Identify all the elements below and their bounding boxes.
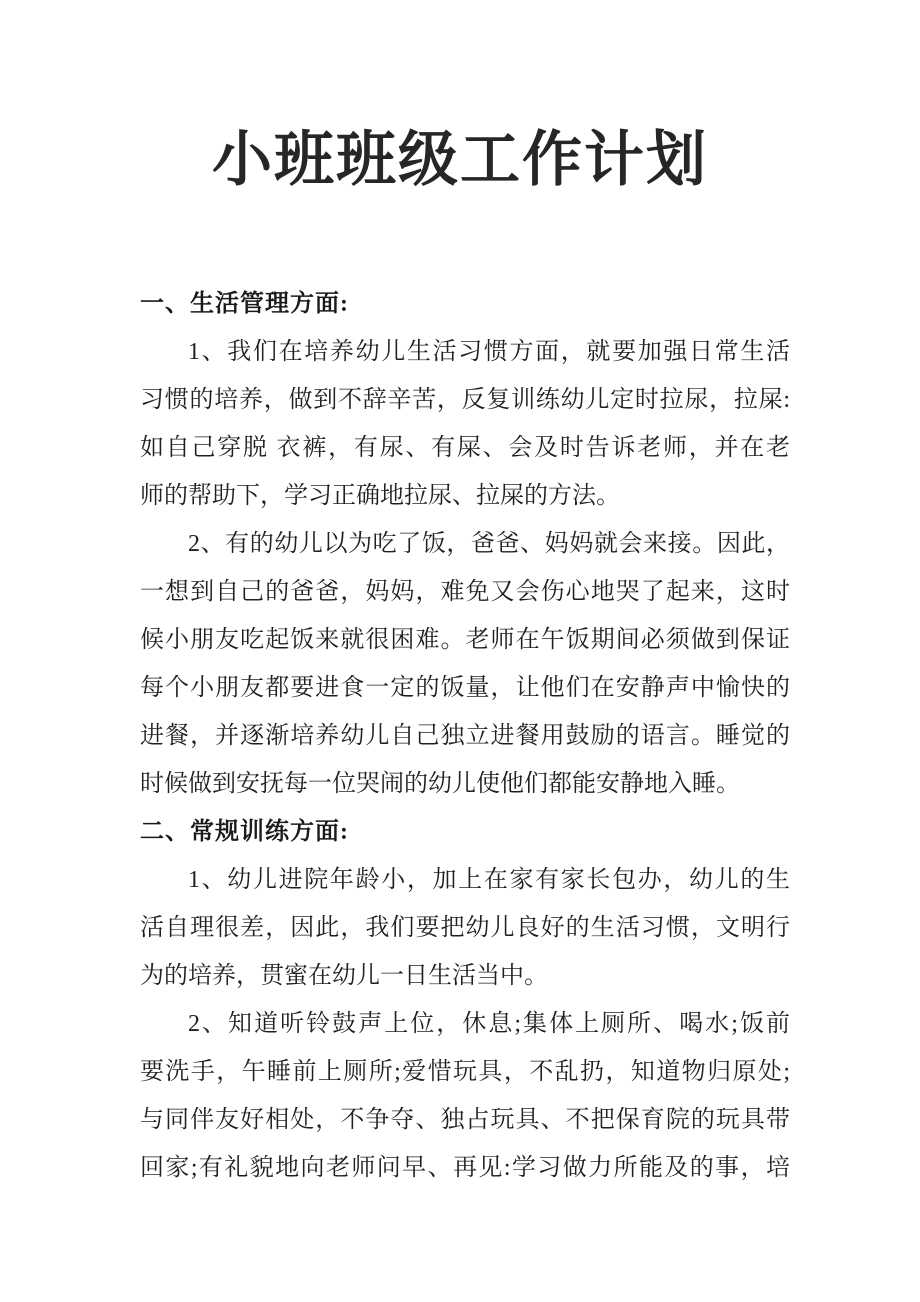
text-line: 与同伴友好相处，不争夺、独占玩具、不把保育院的玩具带 (140, 1096, 790, 1144)
text-line: 候小朋友吃起饭来就很困难。老师在午饭期间必须做到保证 (140, 616, 790, 664)
text-line: 一想到自己的爸爸，妈妈，难免又会伤心地哭了起来，这时 (140, 568, 790, 616)
document-page: 小班班级工作计划 一、生活管理方面: 1、我们在培养幼儿生活习惯方面，就要加强日… (0, 0, 920, 1302)
document-body: 一、生活管理方面: 1、我们在培养幼儿生活习惯方面，就要加强日常生活 习惯的培养… (140, 280, 790, 1192)
text-line: 时候做到安抚每一位哭闹的幼儿使他们都能安静地入睡。 (140, 760, 790, 808)
text-line: 进餐，并逐渐培养幼儿自己独立进餐用鼓励的语言。睡觉的 (140, 712, 790, 760)
text-line: 2、有的幼儿以为吃了饭，爸爸、妈妈就会来接。因此， (140, 520, 790, 568)
text-line: 2、知道听铃鼓声上位，休息;集体上厕所、喝水;饭前 (140, 1000, 790, 1048)
document-title: 小班班级工作计划 (0, 110, 920, 210)
text-line: 回家;有礼貌地向老师问早、再见:学习做力所能及的事，培 (140, 1144, 790, 1192)
text-line: 1、幼儿进院年龄小，加上在家有家长包办，幼儿的生 (140, 856, 790, 904)
section-2-paragraph-1: 1、幼儿进院年龄小，加上在家有家长包办，幼儿的生 活自理很差，因此，我们要把幼儿… (140, 856, 790, 1000)
text-line: 活自理很差，因此，我们要把幼儿良好的生活习惯，文明行 (140, 904, 790, 952)
section-2-heading: 二、常规训练方面: (140, 808, 790, 856)
text-line: 1、我们在培养幼儿生活习惯方面，就要加强日常生活 (140, 328, 790, 376)
text-line: 要洗手，午睡前上厕所;爱惜玩具，不乱扔，知道物归原处; (140, 1048, 790, 1096)
text-line: 每个小朋友都要进食一定的饭量，让他们在安静声中愉快的 (140, 664, 790, 712)
section-1-heading: 一、生活管理方面: (140, 280, 790, 328)
section-1-paragraph-2: 2、有的幼儿以为吃了饭，爸爸、妈妈就会来接。因此， 一想到自己的爸爸，妈妈，难免… (140, 520, 790, 808)
text-line: 习惯的培养，做到不辞辛苦，反复训练幼儿定时拉尿，拉屎: (140, 376, 790, 424)
text-line: 为的培养，贯蜜在幼儿一日生活当中。 (140, 952, 790, 1000)
text-line: 师的帮助下，学习正确地拉尿、拉屎的方法。 (140, 472, 790, 520)
section-2-paragraph-2: 2、知道听铃鼓声上位，休息;集体上厕所、喝水;饭前 要洗手，午睡前上厕所;爱惜玩… (140, 1000, 790, 1192)
text-line: 如自己穿脱 衣裤，有尿、有屎、会及时告诉老师，并在老 (140, 424, 790, 472)
section-1-paragraph-1: 1、我们在培养幼儿生活习惯方面，就要加强日常生活 习惯的培养，做到不辞辛苦，反复… (140, 328, 790, 520)
